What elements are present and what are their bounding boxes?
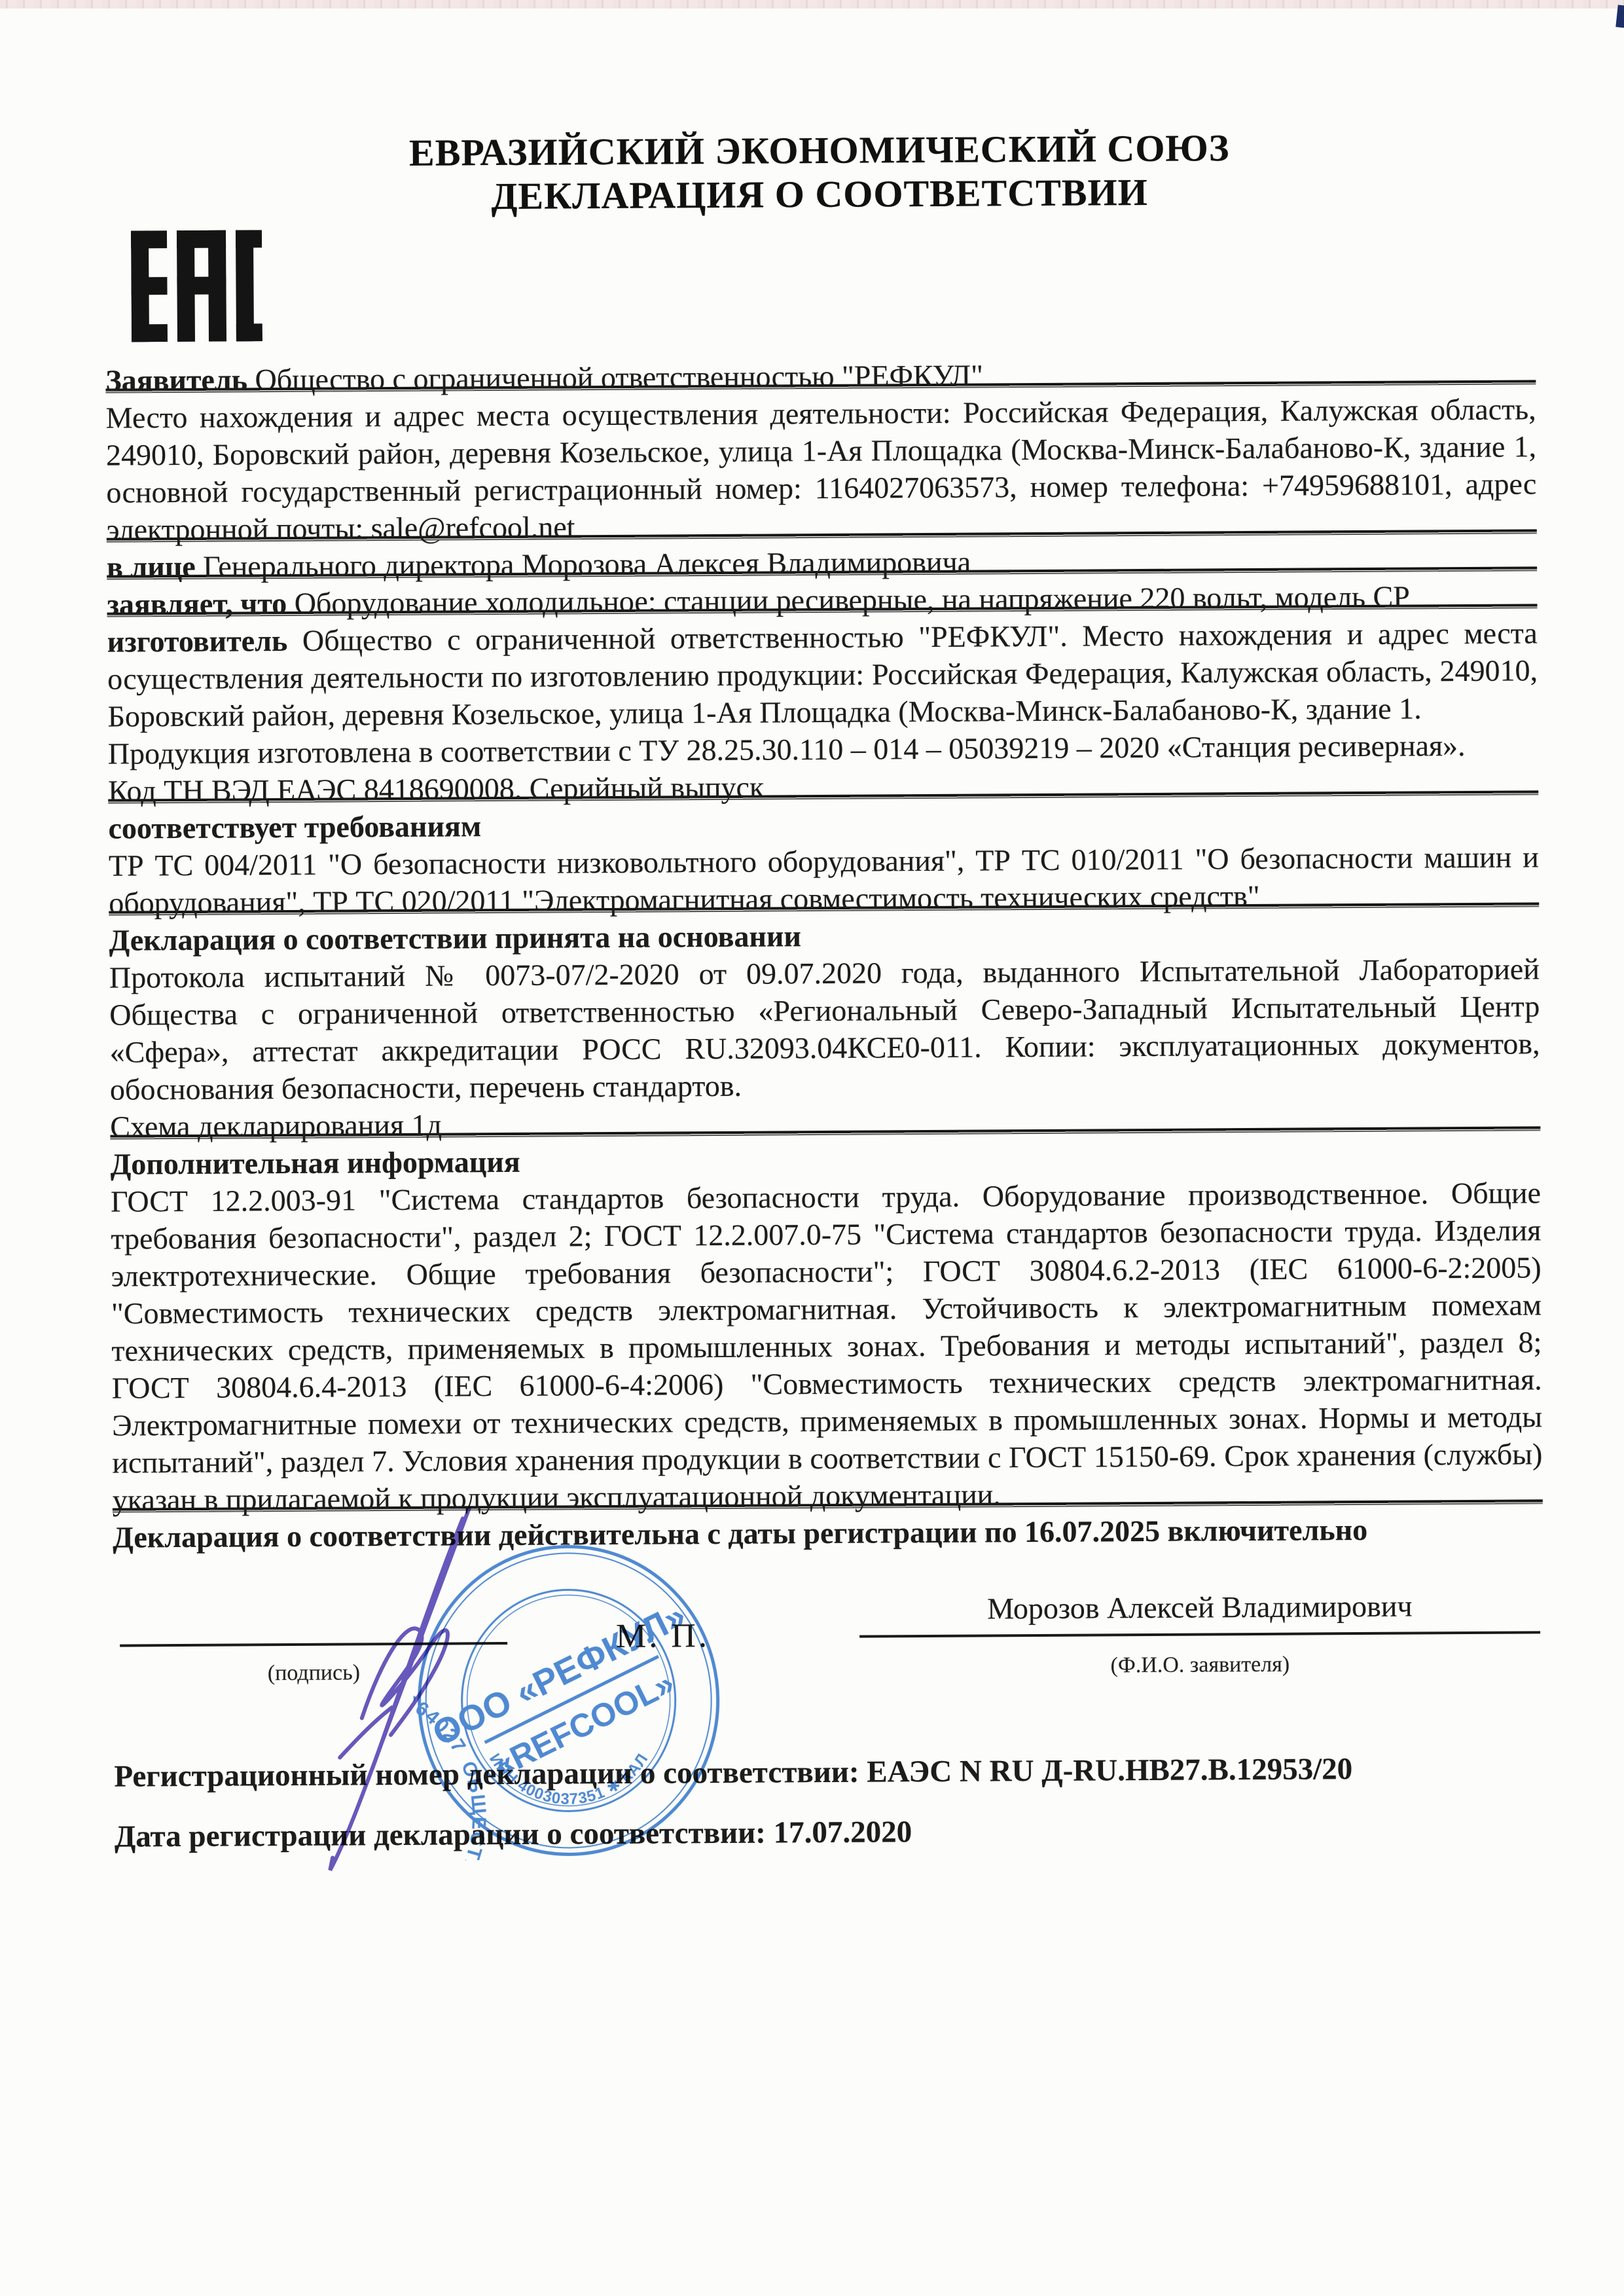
manufacturer-value: Общество с ограниченной ответственностью… xyxy=(107,616,1538,733)
document-header: ЕВРАЗИЙСКИЙ ЭКОНОМИЧЕСКИЙ СОЮЗ ДЕКЛАРАЦИ… xyxy=(103,0,1535,221)
applicant-label: Заявитель xyxy=(105,363,247,397)
manufacturer-label: изготовитель xyxy=(107,624,288,659)
handwritten-signature xyxy=(298,1500,497,1881)
scan-corner-blot xyxy=(1615,5,1624,27)
applicant-address: Место нахождения и адрес места осуществл… xyxy=(106,390,1537,548)
declares-value: Оборудование холодильное: станции ресиве… xyxy=(295,580,1410,620)
scanner-edge-artifact xyxy=(0,0,1624,9)
manufacturer-paragraph: изготовитель Общество с ограниченной отв… xyxy=(107,614,1538,735)
declarant-name-caption: (Ф.И.О. заявителя) xyxy=(859,1650,1540,1679)
registration-date-value: 17.07.2020 xyxy=(773,1815,912,1850)
additional-info-paragraph: ГОСТ 12.2.003-91 "Система стандартов без… xyxy=(111,1174,1543,1518)
document-title: ДЕКЛАРАЦИЯ О СООТВЕТСТВИИ xyxy=(104,168,1534,220)
registration-number-value: ЕАЭС N RU Д-RU.НВ27.В.12953/20 xyxy=(867,1752,1352,1789)
eac-conformity-mark-icon xyxy=(131,230,262,342)
signature-and-stamp-zone: (подпись) М. П. Морозов Алексей Владимир… xyxy=(113,1554,1545,1929)
basis-paragraph: Протокола испытаний № 0073-07/2-2020 от … xyxy=(109,950,1540,1108)
declares-label: заявляет, что xyxy=(107,587,287,621)
declarant-name-line xyxy=(859,1631,1540,1637)
applicant-value: Общество с ограниченной ответственностью… xyxy=(255,358,983,396)
document-content: ЕВРАЗИЙСКИЙ ЭКОНОМИЧЕСКИЙ СОЮЗ ДЕКЛАРАЦИ… xyxy=(103,0,1545,1929)
represented-by-value: Генерального директора Морозова Алексея … xyxy=(203,545,971,583)
declarant-name: Морозов Алексей Владимирович xyxy=(859,1588,1540,1626)
represented-by-label: в лице xyxy=(107,550,196,584)
conformity-regulations: ТР ТС 004/2011 "О безопасности низковоль… xyxy=(109,838,1540,921)
declaration-document-page: ЕВРАЗИЙСКИЙ ЭКОНОМИЧЕСКИЙ СОЮЗ ДЕКЛАРАЦИ… xyxy=(0,0,1624,2296)
